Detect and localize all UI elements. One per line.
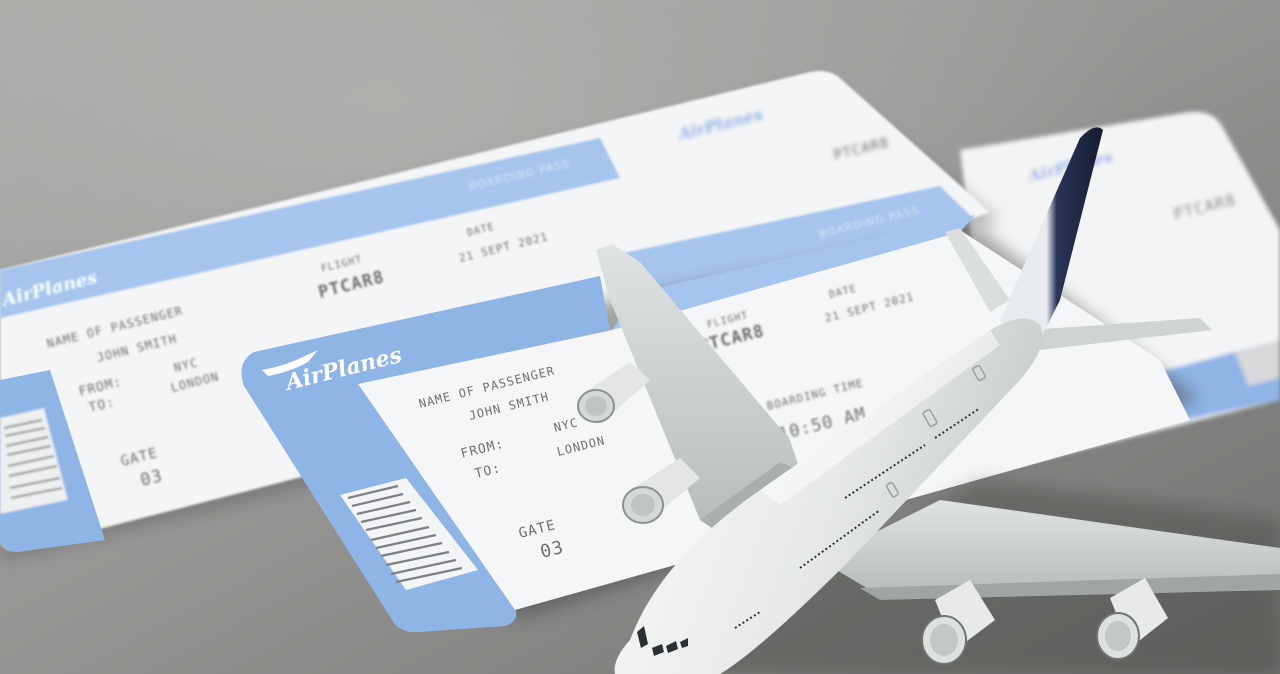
photo-canvas: AirPlanes PTCAR8 BOARDING PASS AirP (0, 0, 1280, 674)
photo-scene: AirPlanes PTCAR8 BOARDING PASS AirP (0, 0, 1280, 674)
